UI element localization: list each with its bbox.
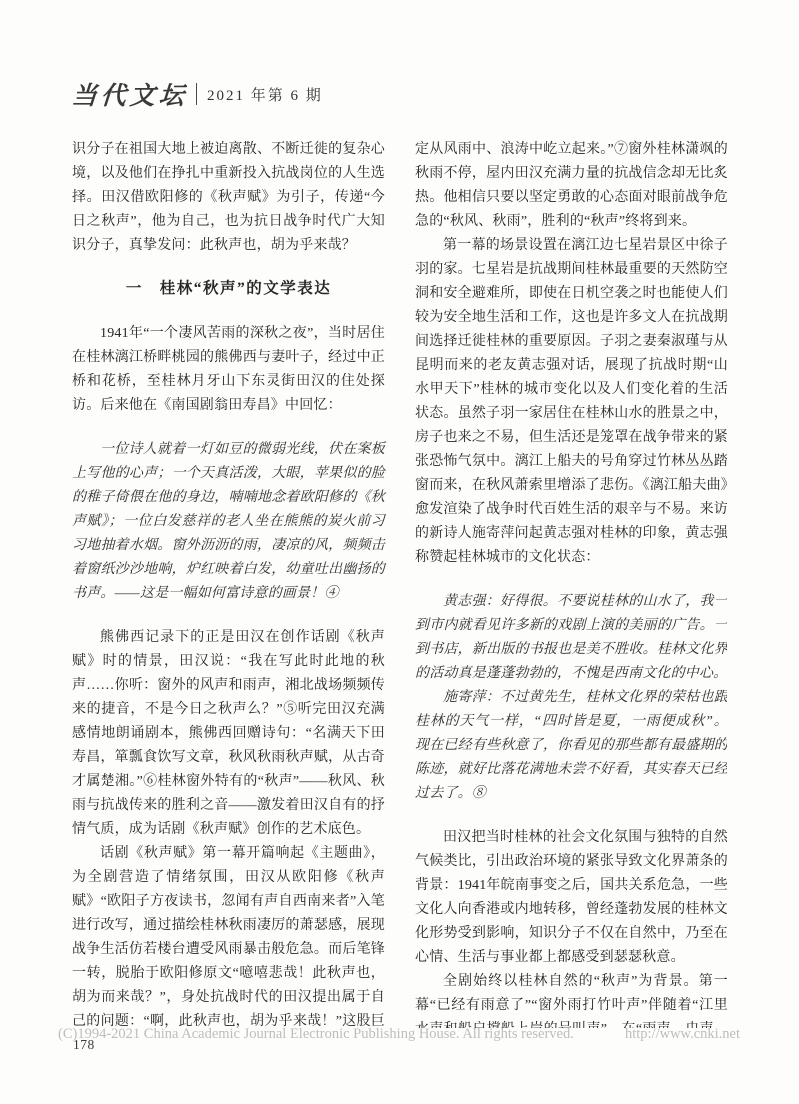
paragraph-record: 熊佛西记录下的正是田汉在创作话剧《秋声赋》时的情景，田汉说：“我在写此时此地的秋… <box>72 626 385 842</box>
footer-url: http://www.cnki.net <box>625 1026 740 1043</box>
blockquote-dialogue: 黄志强：好得很。不要说桂林的山水了，我一到市内就看见许多新的戏剧上演的美丽的广告… <box>415 590 727 806</box>
blockquote-xiongfoxi: 一位诗人就着一灯如豆的微弱光线，伏在案板上写他的心声；一个天真活泼，大眼，苹果似… <box>72 438 385 606</box>
journal-issue: 2021 年第 6 期 <box>207 84 323 105</box>
header-divider <box>196 83 197 105</box>
paragraph-intro-continuation: 识分子在祖国大地上被迫离散、不断迁徙的复杂心境，以及他们在挣扎中重新投入抗战岗位… <box>72 138 385 258</box>
paragraph-quanju: 全剧始终以桂林自然的“秋声”为背景。第一幕“已经有雨意了”“窗外雨打竹叶声”伴随… <box>415 970 727 1028</box>
blockquote-huang: 黄志强：好得很。不要说桂林的山水了，我一到市内就看见许多新的戏剧上演的美丽的广告… <box>415 590 727 686</box>
journal-page: 当代文坛 2021 年第 6 期 识分子在祖国大地上被迫离散、不断迁徙的复杂心境… <box>0 0 799 1104</box>
footer-watermark: (C)1994-2021 China Academic Journal Elec… <box>58 1026 740 1043</box>
footer-copyright: (C)1994-2021 China Academic Journal Elec… <box>58 1026 574 1043</box>
paragraph-tianhan: 田汉把当时桂林的社会文化氛围与独特的自然气候类比，引出政治环境的紧张导致文化界萧… <box>415 826 727 970</box>
right-column: 定从风雨中、浪涛中屹立起来。”⑦窗外桂林潇飒的秋雨不停，屋内田汉充满力量的抗战信… <box>415 138 727 1028</box>
article-body: 识分子在祖国大地上被迫离散、不断迁徙的复杂心境，以及他们在挣扎中重新投入抗战岗位… <box>72 138 727 1028</box>
section-heading: 一 桂林“秋声”的文学表达 <box>72 277 385 301</box>
blockquote-shi: 施寄萍：不过黄先生，桂林文化界的荣枯也跟桂林的天气一样，“四时皆是夏，一雨便成秋… <box>415 686 727 806</box>
page-number: 178 <box>73 1037 95 1053</box>
paragraph-act1: 话剧《秋声赋》第一幕开篇响起《主题曲》，为全剧营造了情绪氛围，田汉从欧阳修《秋声… <box>72 842 385 1028</box>
left-column: 识分子在祖国大地上被迫离散、不断迁徙的复杂心境，以及他们在挣扎中重新投入抗战岗位… <box>72 138 385 1028</box>
journal-header: 当代文坛 2021 年第 6 期 <box>72 76 323 112</box>
paragraph-1941: 1941年“一个凄风苦雨的深秋之夜”，当时居住在桂林漓江桥畔桃园的熊佛西与妻叶子… <box>72 322 385 418</box>
paragraph-scene: 第一幕的场景设置在漓江边七星岩景区中徐子羽的家。七星岩是抗战期间桂林最重要的天然… <box>415 234 727 570</box>
paragraph-continuation: 定从风雨中、浪涛中屹立起来。”⑦窗外桂林潇飒的秋雨不停，屋内田汉充满力量的抗战信… <box>415 138 727 234</box>
journal-logo: 当代文坛 <box>71 76 190 112</box>
blockquote-text: 一位诗人就着一灯如豆的微弱光线，伏在案板上写他的心声；一个天真活泼，大眼，苹果似… <box>72 438 385 606</box>
